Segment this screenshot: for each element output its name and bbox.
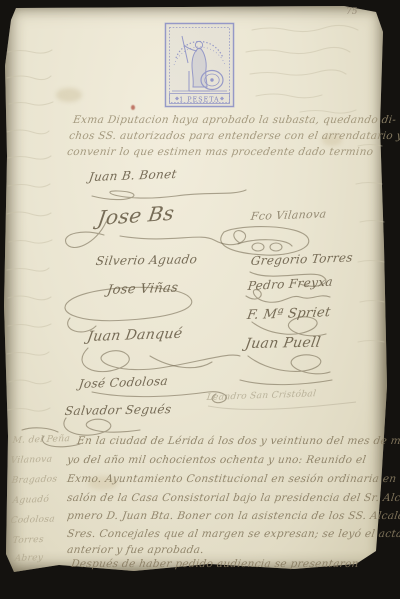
signature: Juan Danqué: [86, 326, 184, 345]
paragraph-line: yo del año mil ochocientos ochenta y uno…: [66, 452, 367, 468]
margin-name: Torres: [12, 535, 44, 546]
paragraph-line: salón de la Casa Consistorial bajo la pr…: [66, 490, 400, 506]
paragraph-line: Sres. Concejales que al margen se expres…: [66, 526, 400, 542]
signature: Juan Puell: [244, 335, 322, 352]
manuscript-page: [4, 6, 387, 574]
paragraph-line: Exma Diputacion haya aprobado la subasta…: [72, 112, 397, 128]
foxing-spot: [56, 88, 82, 102]
scanned-manuscript-photo: 1 PESETA 75 Exma Diputacion haya aprobad…: [0, 0, 400, 599]
margin-name: Codolosa: [10, 514, 55, 526]
paragraph-line: Después de haber pedido audiencia se pre…: [70, 556, 360, 572]
paragraph-line: chos SS. autorizados para entenderse con…: [68, 128, 400, 144]
paragraph-line: Exmo. Ayuntamiento Constitucional en ses…: [66, 471, 400, 487]
signature: Silverio Aguado: [95, 252, 198, 268]
margin-name: Vilanova: [10, 455, 53, 466]
margin-name: Abrey: [14, 553, 44, 564]
paragraph-line: pmero D. Juan Bta. Boner con la asistenc…: [66, 508, 400, 524]
margin-name: Bragados: [11, 474, 58, 486]
paragraph-line: convenir lo que estimen mas procedente d…: [66, 144, 374, 160]
page-number: 75: [346, 7, 357, 17]
margin-name: M. del Peña: [12, 434, 71, 446]
paragraph-line: En la ciudad de Lérida á los dos y veint…: [76, 433, 400, 449]
signature: F. Mª Spriet: [246, 305, 332, 323]
margin-name: Aguadó: [12, 495, 50, 506]
signature: Jose Viñas: [106, 281, 179, 298]
signature: Salvador Segués: [64, 402, 172, 418]
signature: Fco Vilanova: [250, 207, 327, 223]
